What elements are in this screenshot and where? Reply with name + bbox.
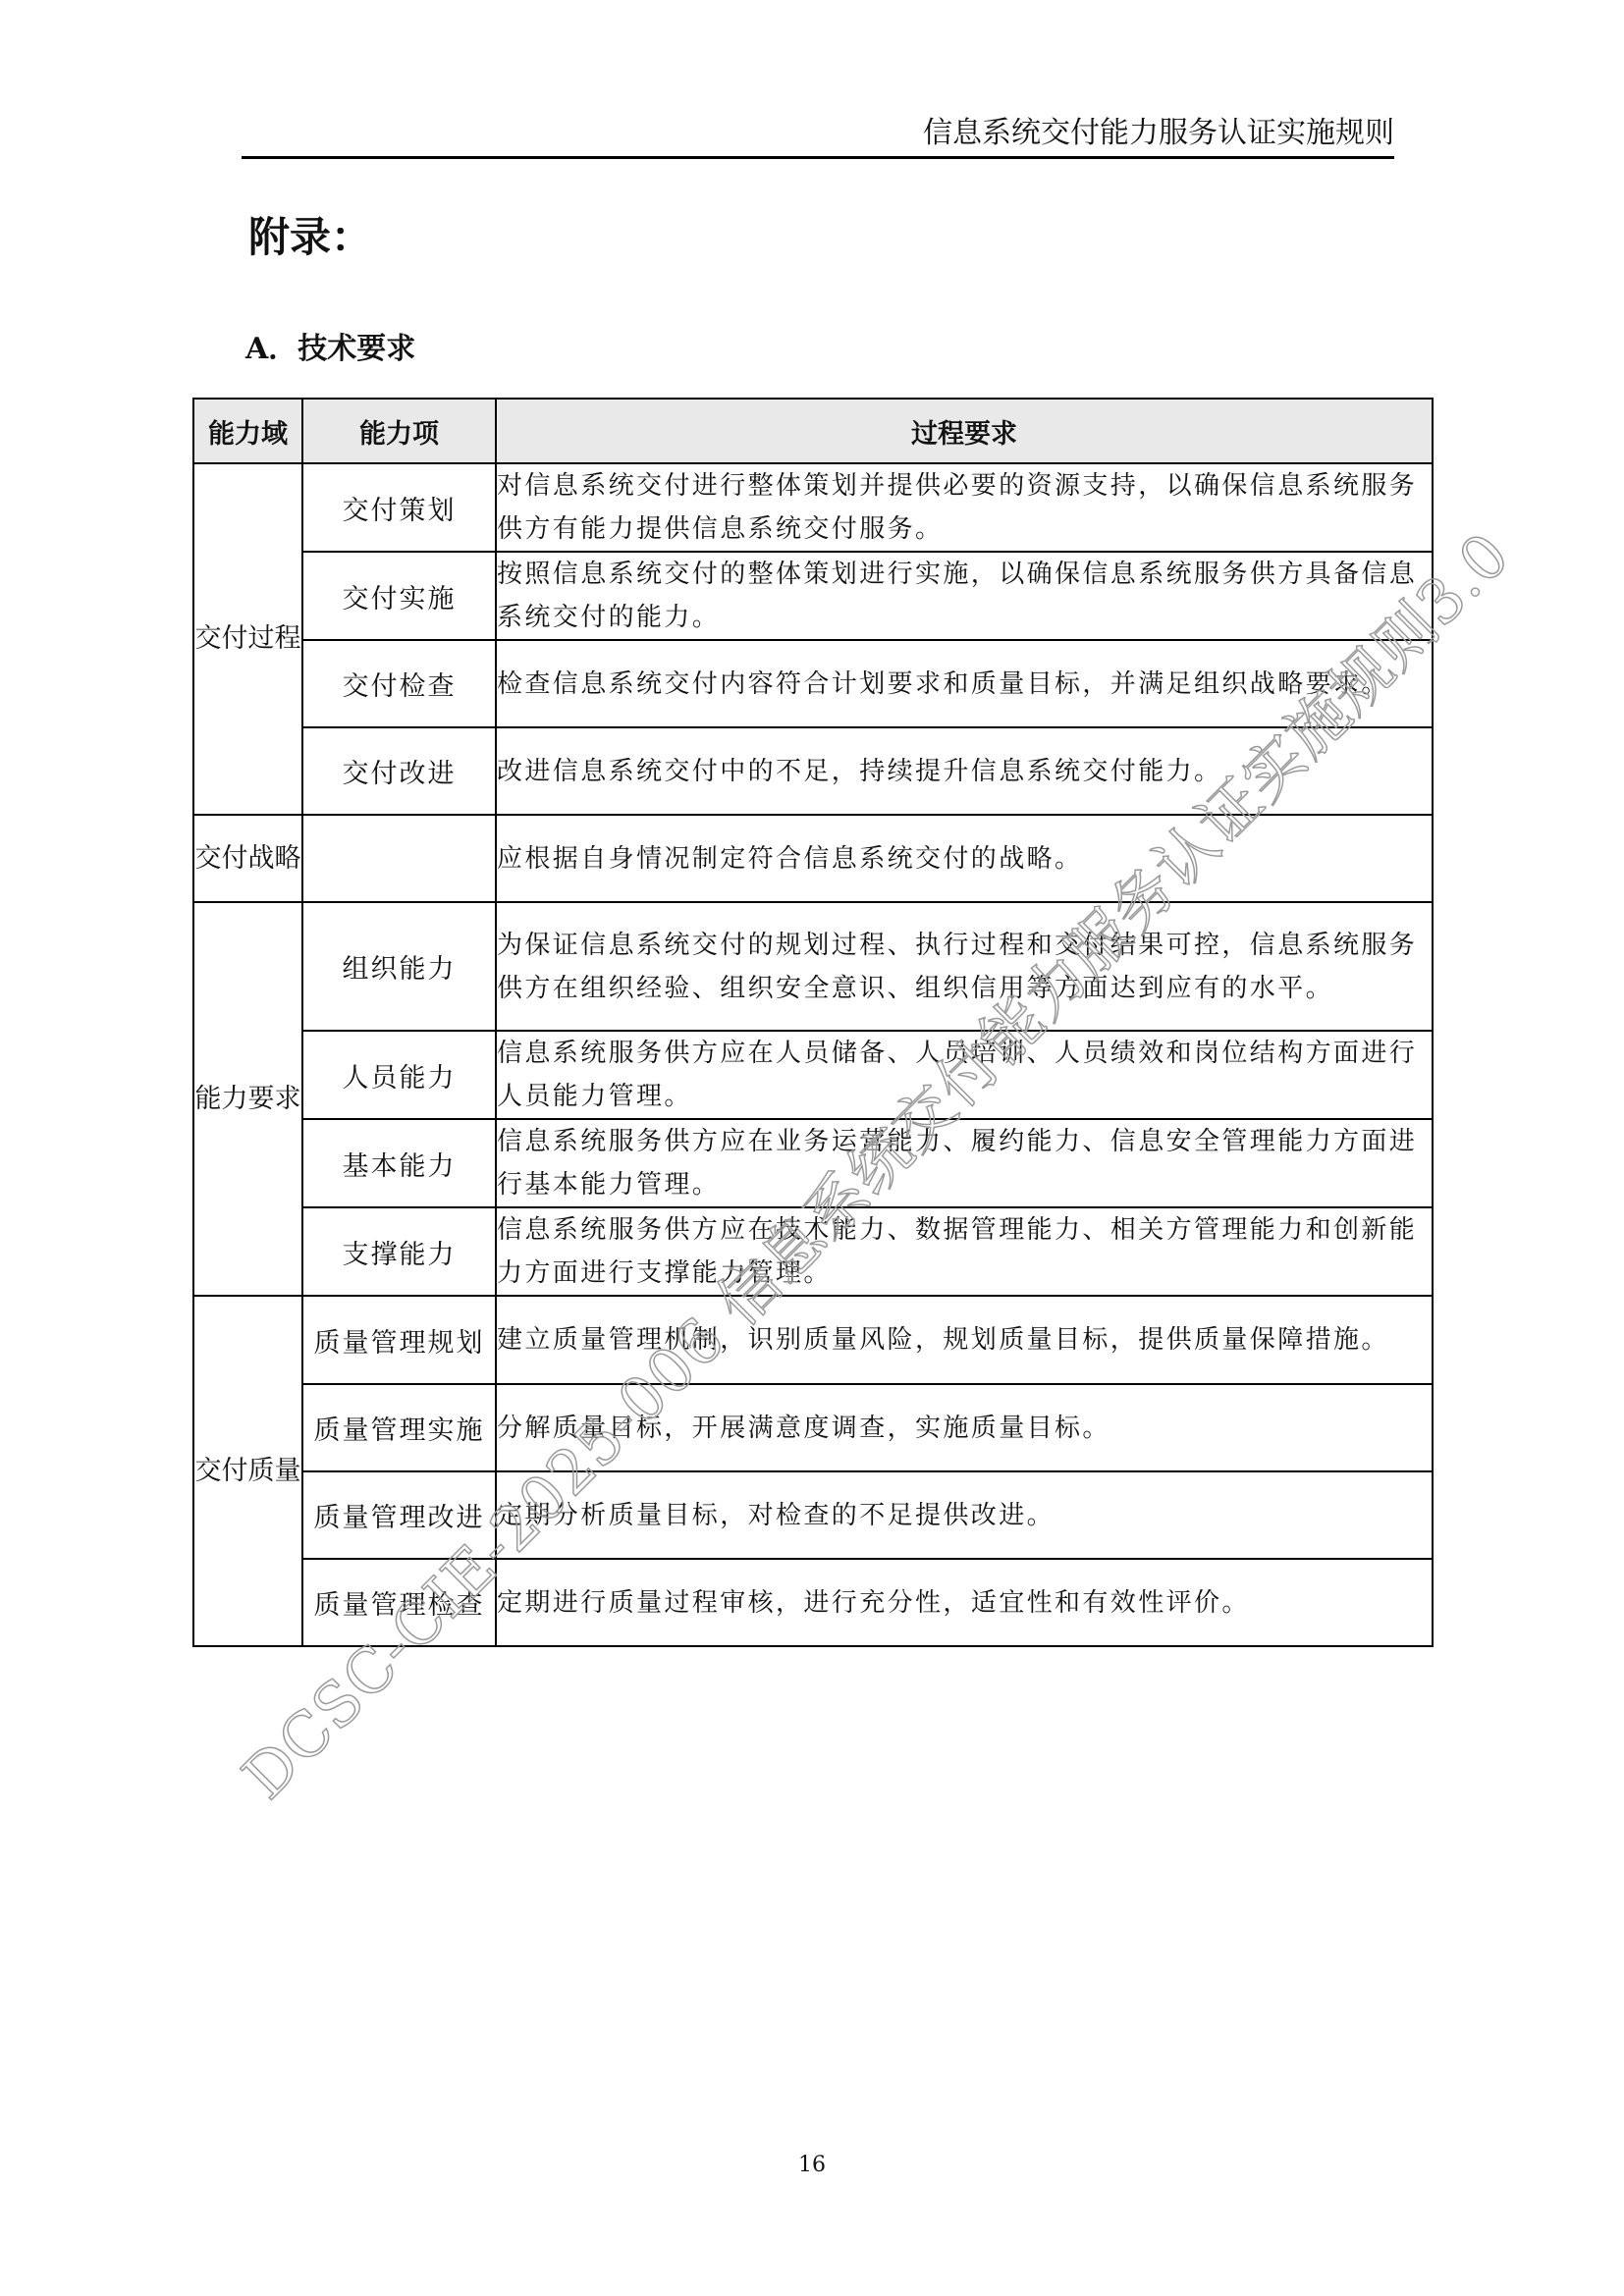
domain-cell: 交付战略 xyxy=(193,815,302,902)
item-cell: 组织能力 xyxy=(302,902,496,1031)
requirement-cell: 建立质量管理机制，识别质量风险，规划质量目标，提供质量保障措施。 xyxy=(496,1296,1433,1384)
item-cell: 人员能力 xyxy=(302,1031,496,1119)
domain-cell: 能力要求 xyxy=(193,902,302,1296)
table-row: 支撑能力 信息系统服务供方应在技术能力、数据管理能力、相关方管理能力和创新能力方… xyxy=(193,1207,1433,1296)
appendix-title: 附录： xyxy=(248,212,372,263)
table-row: 交付战略 应根据自身情况制定符合信息系统交付的战略。 xyxy=(193,815,1433,902)
item-cell: 交付实施 xyxy=(302,552,496,640)
requirement-cell: 信息系统服务供方应在技术能力、数据管理能力、相关方管理能力和创新能力方面进行支撑… xyxy=(496,1207,1433,1296)
requirement-cell: 检查信息系统交付内容符合计划要求和质量目标，并满足组织战略要求。 xyxy=(496,640,1433,727)
requirement-cell: 应根据自身情况制定符合信息系统交付的战略。 xyxy=(496,815,1433,902)
requirement-cell: 分解质量目标，开展满意度调查，实施质量目标。 xyxy=(496,1384,1433,1471)
table-row: 质量管理改进 定期分析质量目标，对检查的不足提供改进。 xyxy=(193,1471,1433,1559)
item-cell: 交付改进 xyxy=(302,727,496,815)
item-cell: 质量管理实施 xyxy=(302,1384,496,1471)
column-header-item: 能力项 xyxy=(302,399,496,463)
table-row: 人员能力 信息系统服务供方应在人员储备、人员培训、人员绩效和岗位结构方面进行人员… xyxy=(193,1031,1433,1119)
requirement-cell: 信息系统服务供方应在人员储备、人员培训、人员绩效和岗位结构方面进行人员能力管理。 xyxy=(496,1031,1433,1119)
table-row: 交付过程 交付策划 对信息系统交付进行整体策划并提供必要的资源支持，以确保信息系… xyxy=(193,463,1433,552)
table-row: 能力要求 组织能力 为保证信息系统交付的规划过程、执行过程和交付结果可控，信息系… xyxy=(193,902,1433,1031)
item-cell: 质量管理规划 xyxy=(302,1296,496,1384)
table-row: 质量管理实施 分解质量目标，开展满意度调查，实施质量目标。 xyxy=(193,1384,1433,1471)
table-header-row: 能力域 能力项 过程要求 xyxy=(193,399,1433,463)
domain-cell: 交付质量 xyxy=(193,1296,302,1646)
requirement-cell: 定期分析质量目标，对检查的不足提供改进。 xyxy=(496,1471,1433,1559)
requirement-cell: 按照信息系统交付的整体策划进行实施，以确保信息系统服务供方具备信息系统交付的能力… xyxy=(496,552,1433,640)
requirement-cell: 信息系统服务供方应在业务运营能力、履约能力、信息安全管理能力方面进行基本能力管理… xyxy=(496,1119,1433,1207)
table-row: 交付实施 按照信息系统交付的整体策划进行实施，以确保信息系统服务供方具备信息系统… xyxy=(193,552,1433,640)
table-row: 质量管理检查 定期进行质量过程审核，进行充分性，适宜性和有效性评价。 xyxy=(193,1559,1433,1646)
table-row: 交付检查 检查信息系统交付内容符合计划要求和质量目标，并满足组织战略要求。 xyxy=(193,640,1433,727)
table-row: 交付质量 质量管理规划 建立质量管理机制，识别质量风险，规划质量目标，提供质量保… xyxy=(193,1296,1433,1384)
item-cell xyxy=(302,815,496,902)
item-cell: 质量管理检查 xyxy=(302,1559,496,1646)
item-cell: 基本能力 xyxy=(302,1119,496,1207)
item-cell: 质量管理改进 xyxy=(302,1471,496,1559)
table-row: 交付改进 改进信息系统交付中的不足，持续提升信息系统交付能力。 xyxy=(193,727,1433,815)
item-cell: 支撑能力 xyxy=(302,1207,496,1296)
item-cell: 交付策划 xyxy=(302,463,496,552)
requirement-cell: 定期进行质量过程审核，进行充分性，适宜性和有效性评价。 xyxy=(496,1559,1433,1646)
domain-cell: 交付过程 xyxy=(193,463,302,815)
table-row: 基本能力 信息系统服务供方应在业务运营能力、履约能力、信息安全管理能力方面进行基… xyxy=(193,1119,1433,1207)
section-title: A．技术要求 xyxy=(245,330,415,369)
item-cell: 交付检查 xyxy=(302,640,496,727)
requirement-cell: 改进信息系统交付中的不足，持续提升信息系统交付能力。 xyxy=(496,727,1433,815)
column-header-requirement: 过程要求 xyxy=(496,399,1433,463)
header-rule xyxy=(242,156,1394,159)
requirement-cell: 为保证信息系统交付的规划过程、执行过程和交付结果可控，信息系统服务供方在组织经验… xyxy=(496,902,1433,1031)
running-header-title: 信息系统交付能力服务认证实施规则 xyxy=(242,116,1394,151)
column-header-domain: 能力域 xyxy=(193,399,302,463)
technical-requirements-table: 能力域 能力项 过程要求 交付过程 交付策划 对信息系统交付进行整体策划并提供必… xyxy=(192,398,1434,1647)
requirement-cell: 对信息系统交付进行整体策划并提供必要的资源支持，以确保信息系统服务供方有能力提供… xyxy=(496,463,1433,552)
page-number: 16 xyxy=(0,2153,1624,2177)
